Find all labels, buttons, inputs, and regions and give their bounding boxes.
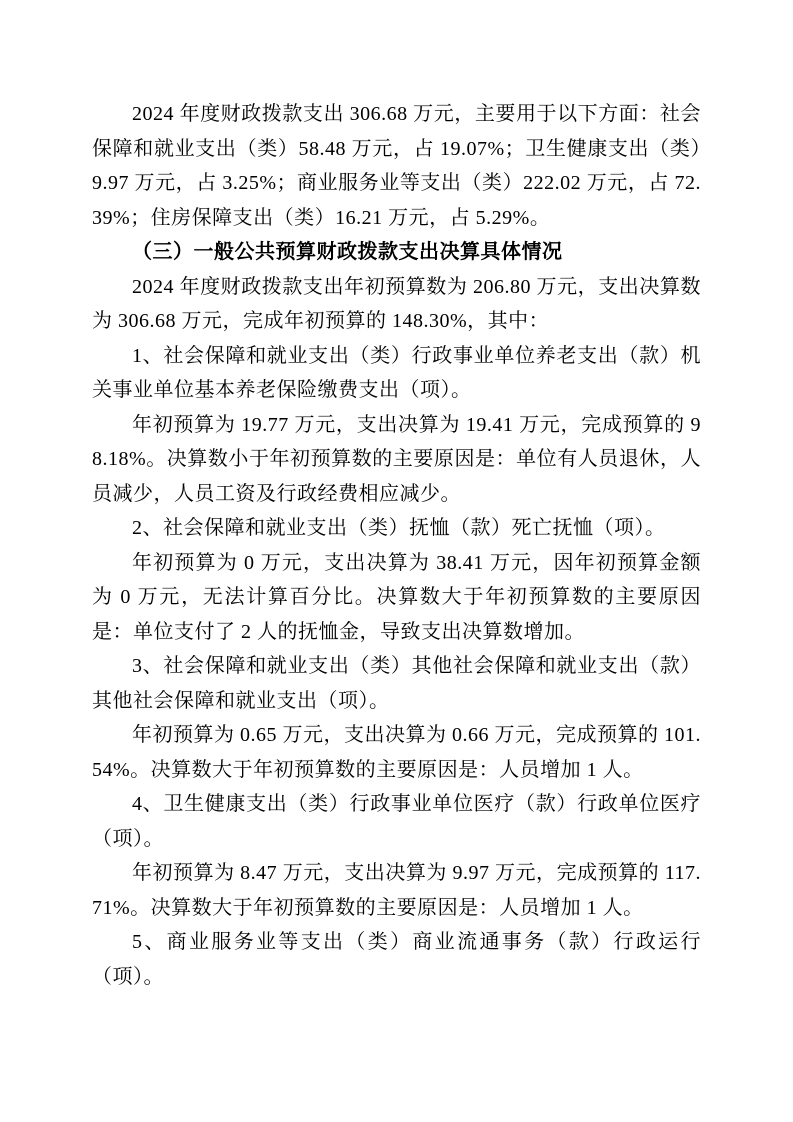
para-item-2-title: 2、社会保障和就业支出（类）抚恤（款）死亡抚恤（项）。 (92, 511, 701, 546)
para-item-1-title: 1、社会保障和就业支出（类）行政事业单位养老支出（款）机关事业单位基本养老保险缴… (92, 339, 701, 408)
para-item-2-detail: 年初预算为 0 万元，支出决算为 38.41 万元，因年初预算金额为 0 万元，… (92, 546, 701, 650)
para-item-3-title: 3、社会保障和就业支出（类）其他社会保障和就业支出（款）其他社会保障和就业支出（… (92, 649, 701, 718)
para-item-3-detail: 年初预算为 0.65 万元，支出决算为 0.66 万元，完成预算的 101.54… (92, 718, 701, 787)
para-item-5-title: 5、商业服务业等支出（类）商业流通事务（款）行政运行（项）。 (92, 925, 701, 994)
para-expenditure-overview: 2024 年度财政拨款支出 306.68 万元，主要用于以下方面：社会保障和就业… (92, 97, 701, 235)
heading-section-3: （三）一般公共预算财政拨款支出决算具体情况 (92, 235, 701, 270)
para-item-4-detail: 年初预算为 8.47 万元，支出决算为 9.97 万元，完成预算的 117.71… (92, 856, 701, 925)
para-budget-vs-final-summary: 2024 年度财政拨款支出年初预算数为 206.80 万元，支出决算数为 306… (92, 270, 701, 339)
para-item-1-detail: 年初预算为 19.77 万元，支出决算为 19.41 万元，完成预算的 98.1… (92, 408, 701, 512)
document-page: 2024 年度财政拨款支出 306.68 万元，主要用于以下方面：社会保障和就业… (0, 0, 793, 1122)
para-item-4-title: 4、卫生健康支出（类）行政事业单位医疗（款）行政单位医疗（项）。 (92, 787, 701, 856)
document-content: 2024 年度财政拨款支出 306.68 万元，主要用于以下方面：社会保障和就业… (92, 97, 701, 994)
